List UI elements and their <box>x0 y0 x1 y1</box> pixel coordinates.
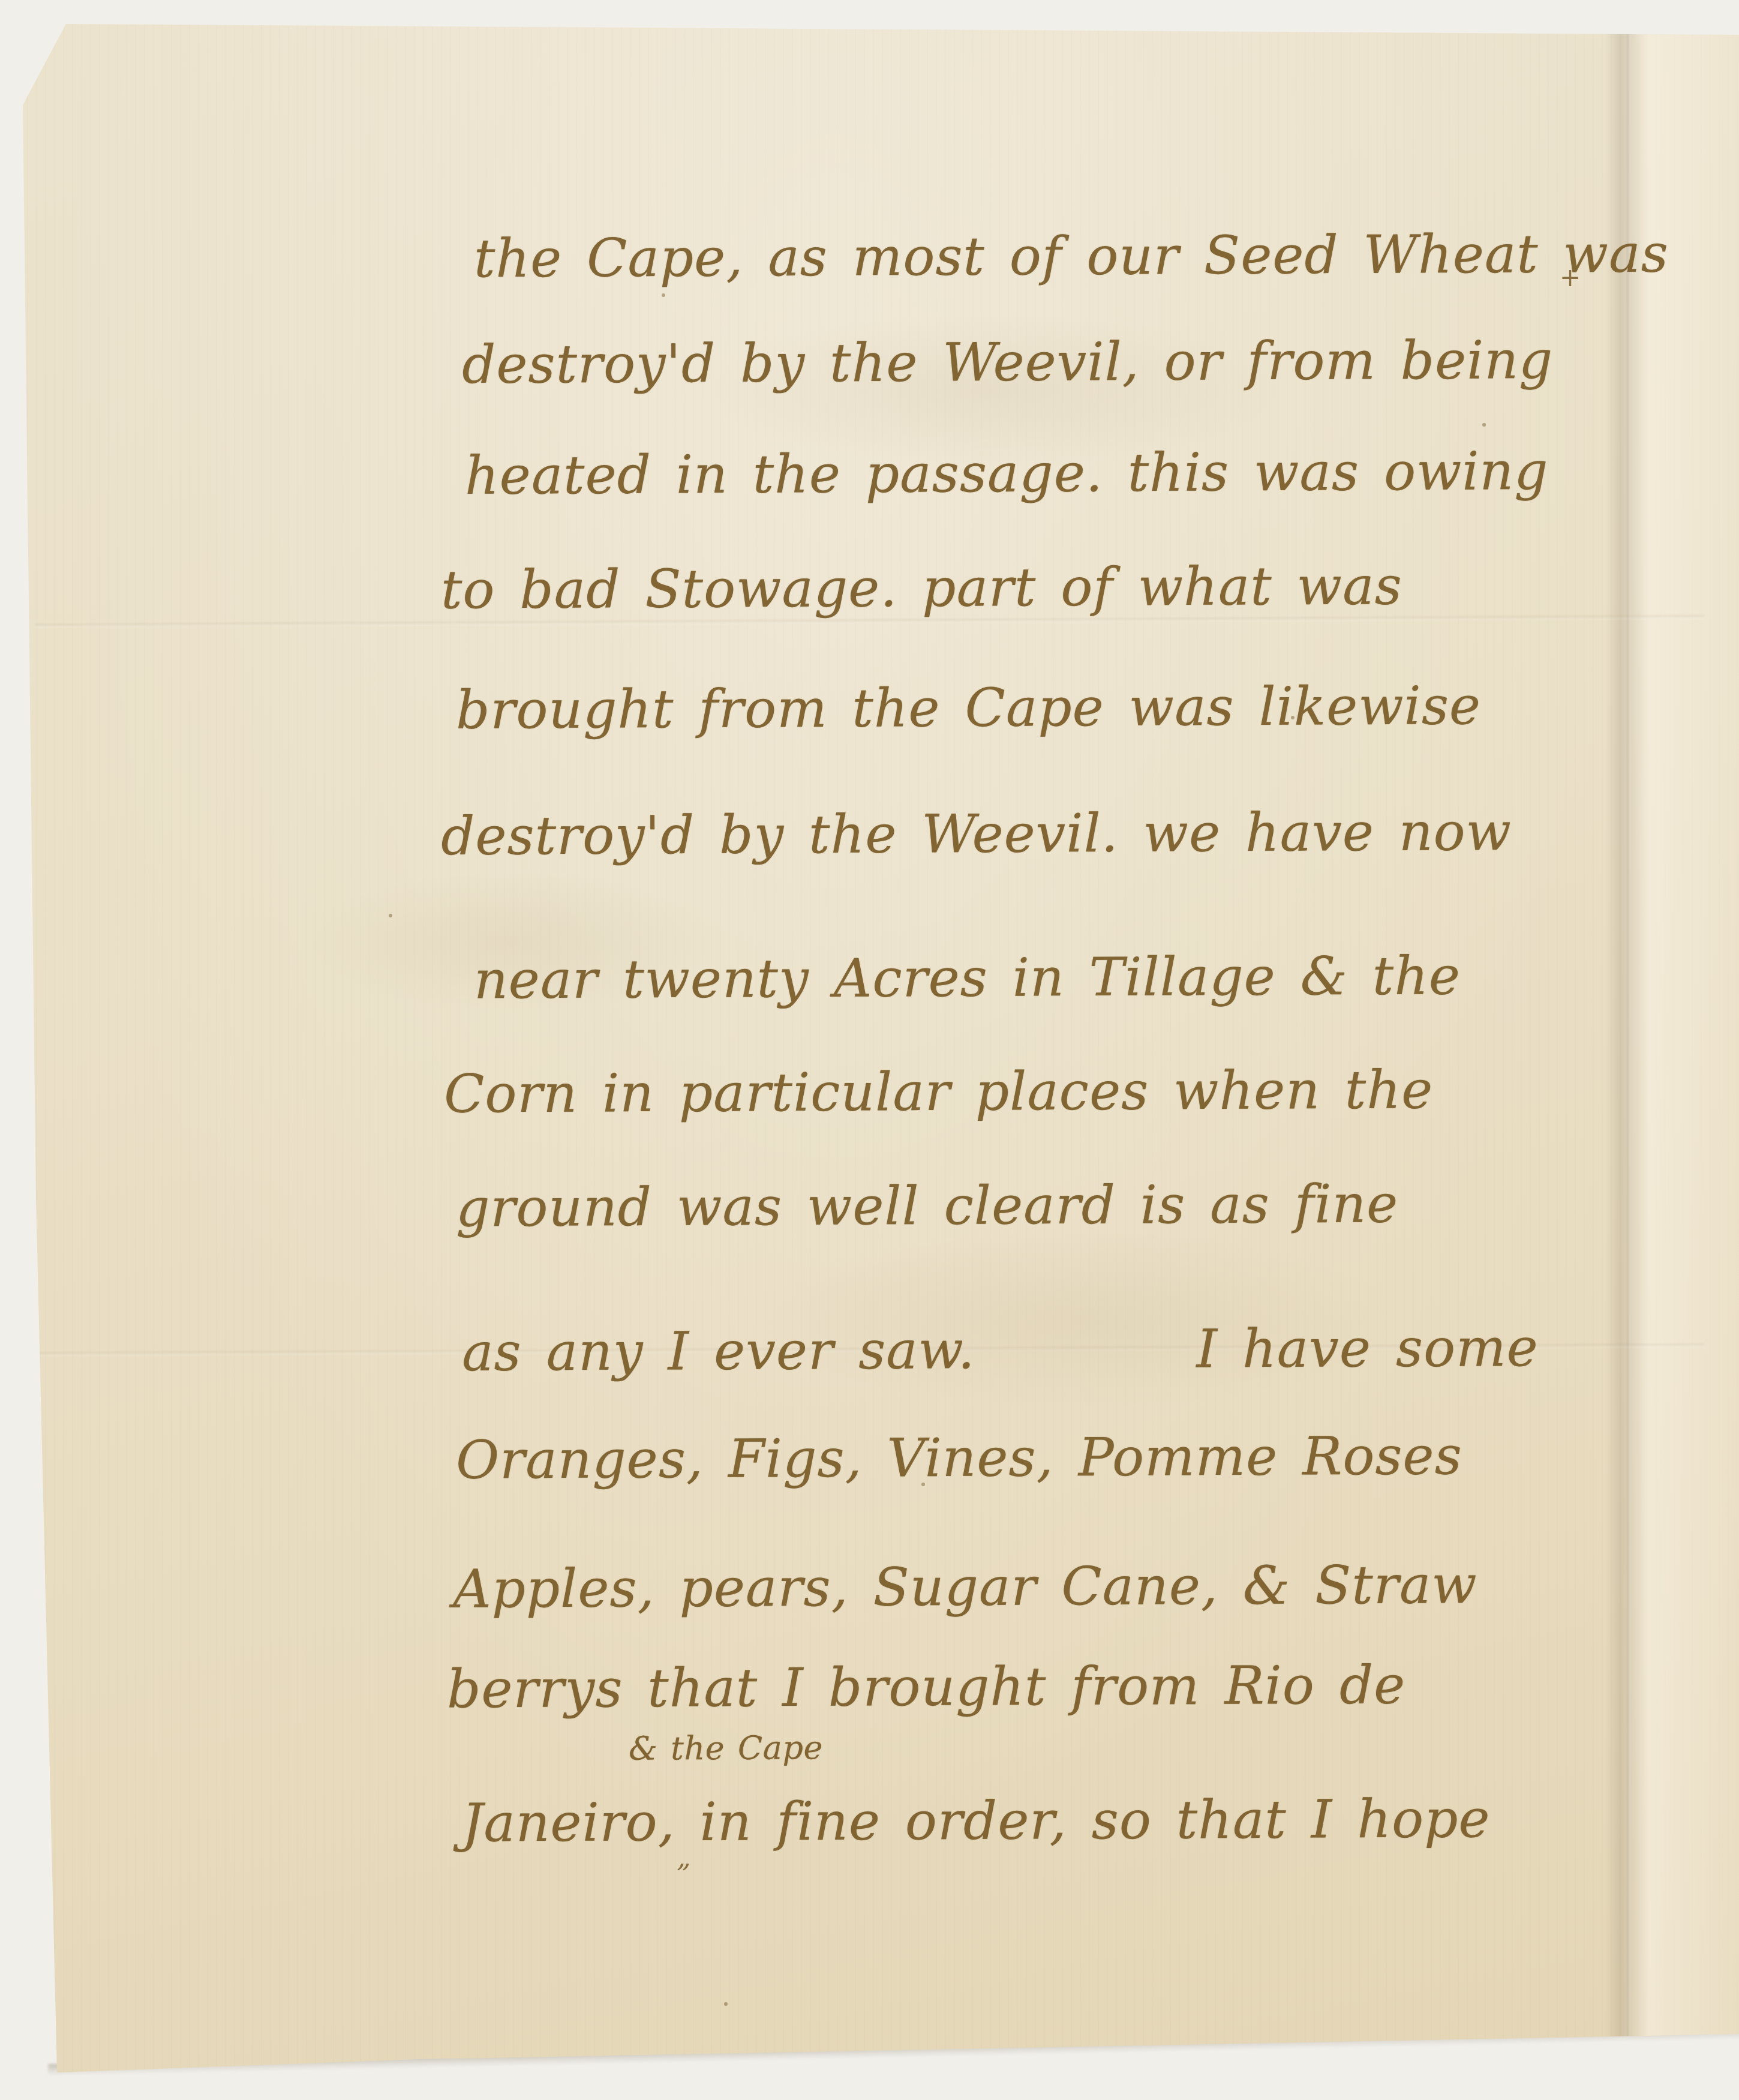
paper-speck <box>724 2002 728 2006</box>
manuscript-line: the Cape, as most of our Seed Wheat was <box>474 223 1669 290</box>
manuscript-line: destroy'd by the Weevil, or from being <box>462 329 1554 395</box>
manuscript-line: Corn in particular places when the <box>444 1058 1434 1124</box>
fold-crease-vertical <box>1627 0 1630 2100</box>
paper-speck <box>1482 423 1486 427</box>
interline-insertion: & the Cape <box>629 1729 823 1767</box>
manuscript-line: brought from the Cape was likewise <box>456 674 1481 740</box>
manuscript-line: Apples, pears, Sugar Cane, & Straw <box>453 1553 1477 1619</box>
manuscript-line: near twenty Acres in Tillage & the <box>474 944 1461 1010</box>
insertion-caret-mark: „ <box>677 1841 687 1873</box>
manuscript-line: to bad Stowage. part of what was <box>441 555 1402 621</box>
paper-speck <box>389 914 392 917</box>
manuscript-line: berrys that I brought from Rio de <box>447 1654 1406 1720</box>
stray-ink-cross-mark: + <box>1560 263 1581 292</box>
manuscript-line: as any I ever saw. I have some <box>462 1316 1539 1383</box>
manuscript-line: heated in the passage. this was owing <box>465 440 1549 506</box>
letter-page: the Cape, as most of our Seed Wheat was … <box>0 0 1739 2100</box>
paper-speck <box>662 293 665 297</box>
manuscript-line: ground was well cleard is as fine <box>456 1173 1399 1239</box>
manuscript-line: destroy'd by the Weevil. we have now <box>441 800 1512 867</box>
manuscript-line: Oranges, Figs, Vines, Pomme Roses <box>456 1424 1462 1490</box>
manuscript-line: Janeiro, in fine order, so that I hope <box>462 1787 1491 1853</box>
manuscript-scan: the Cape, as most of our Seed Wheat was … <box>0 0 1739 2100</box>
